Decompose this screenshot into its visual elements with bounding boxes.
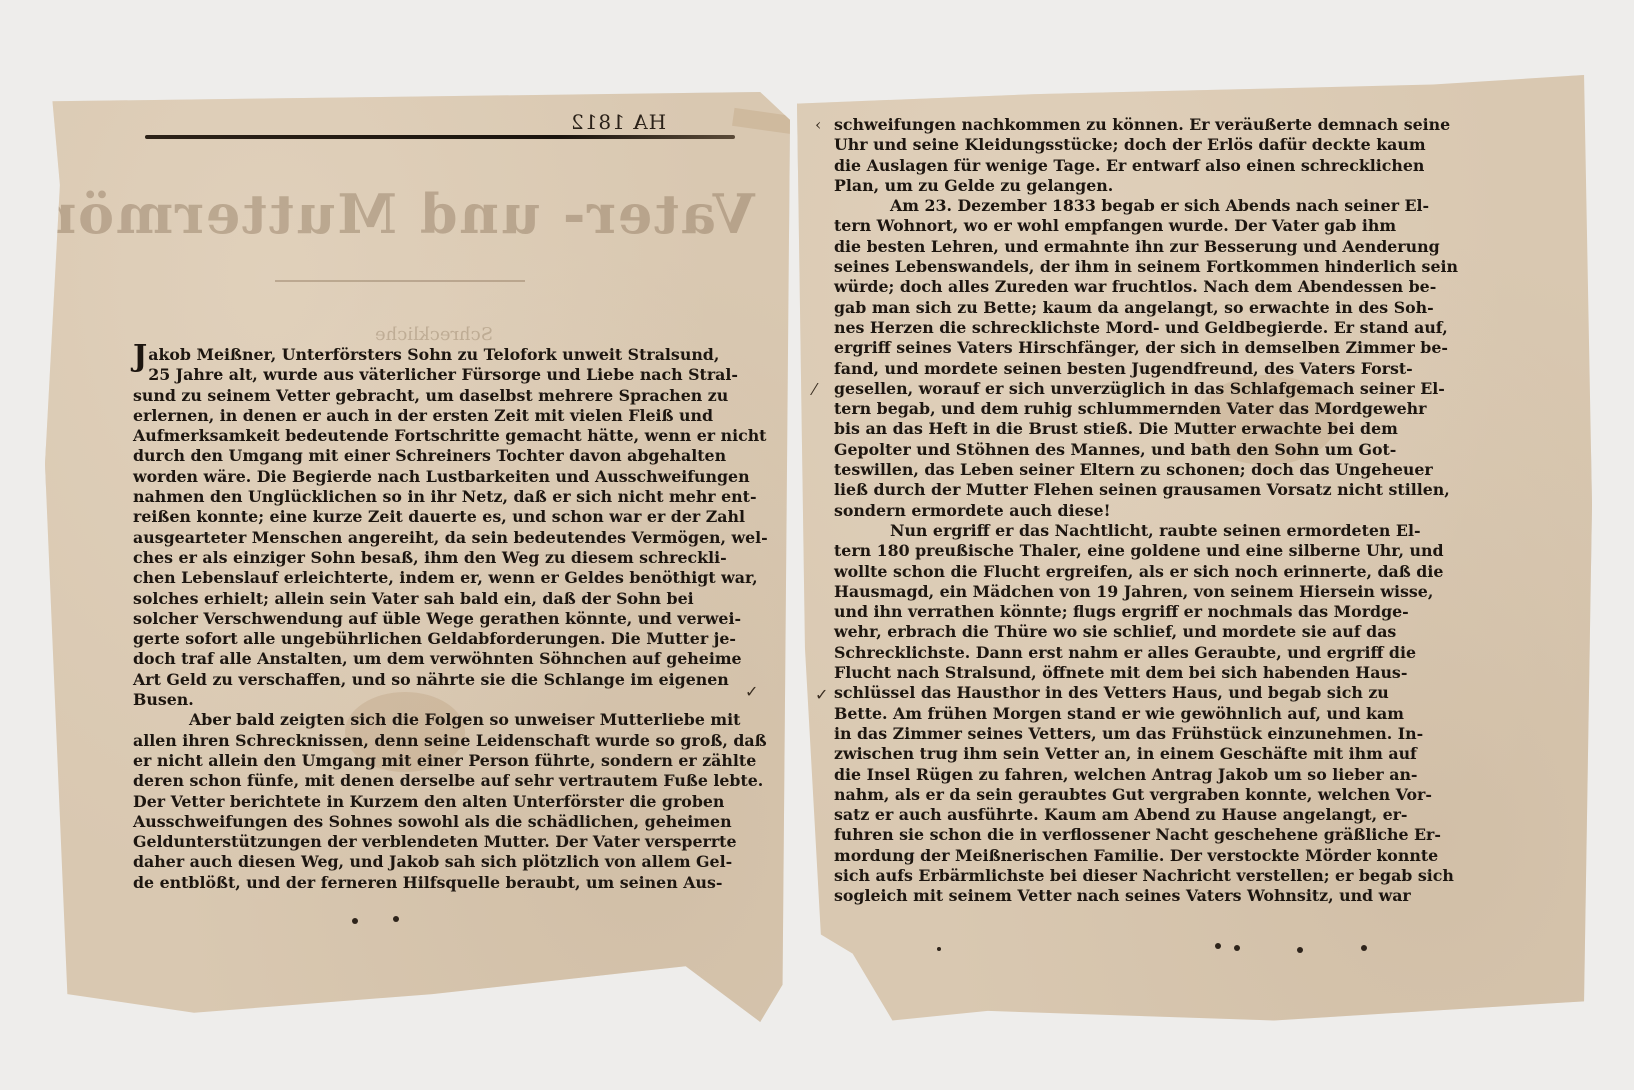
bleed-through-subtitle: Schreckliche: [375, 324, 493, 345]
right-page-text-line: die besten Lehren, und ermahnte ihn zur …: [834, 237, 1444, 257]
ink-dot: [1234, 945, 1240, 951]
right-page-text-line: Plan, um zu Gelde zu gelangen.: [834, 176, 1444, 196]
right-page-text-line: Am 23. Dezember 1833 begab er sich Abend…: [834, 196, 1444, 216]
right-page-text-line: Gepolter und Stöhnen des Mannes, und bat…: [834, 440, 1444, 460]
left-page-text-line: solches erhielt; allein sein Vater sah b…: [133, 589, 733, 609]
ink-dot: [1215, 943, 1221, 949]
margin-mark: ✓: [815, 685, 828, 704]
right-page-text-line: nes Herzen die schrecklichste Mord- und …: [834, 318, 1444, 338]
left-page-text-line: Aufmerksamkeit bedeutende Fortschritte g…: [133, 426, 733, 446]
left-page-text-line: nahmen den Unglücklichen so in ihr Netz,…: [133, 487, 733, 507]
bleed-through-rule: [275, 280, 525, 282]
left-page-text-line: erlernen, in denen er auch in der ersten…: [133, 406, 733, 426]
torn-corner: [732, 108, 794, 134]
left-page-text-line: Ausschweifungen des Sohnes sowohl als di…: [133, 812, 733, 832]
right-page-text-line: wehr, erbrach die Thüre wo sie schlief, …: [834, 622, 1444, 642]
left-page-text-line: Geldunterstützungen der verblendeten Mut…: [133, 832, 733, 852]
left-page-text-line: allen ihren Schrecknissen, denn seine Le…: [133, 731, 733, 751]
left-page-text-line: Busen.: [133, 690, 733, 710]
right-page-text-line: bis an das Heft in die Brust stieß. Die …: [834, 419, 1444, 439]
right-page-text-line: wollte schon die Flucht ergreifen, als e…: [834, 562, 1444, 582]
left-page-text: J akob Meißner, Unterförsters Sohn zu Te…: [133, 345, 733, 893]
margin-mark: ⁄: [813, 380, 816, 399]
right-page-text-line: ergriff seines Vaters Hirschfänger, der …: [834, 338, 1444, 358]
right-page-text-line: tern 180 preußische Thaler, eine goldene…: [834, 541, 1444, 561]
right-page-text-line: tern begab, und dem ruhig schlummernden …: [834, 399, 1444, 419]
shelfmark-mirrored: HA 1812: [570, 110, 666, 134]
drop-cap: J: [133, 347, 147, 367]
right-page-text-line: fand, und mordete seinen besten Jugendfr…: [834, 359, 1444, 379]
left-page-text-line: er nicht allein den Umgang mit einer Per…: [133, 751, 733, 771]
ink-dot: [1361, 945, 1367, 951]
right-page-text-line: Flucht nach Stralsund, öffnete mit dem b…: [834, 663, 1444, 683]
right-page-text: schweifungen nachkommen zu können. Er ve…: [834, 115, 1444, 907]
ink-dot: [352, 918, 358, 924]
right-page-text-line: Hausmagd, ein Mädchen von 19 Jahren, von…: [834, 582, 1444, 602]
left-page-text-line: chen Lebenslauf erleichterte, indem er, …: [133, 568, 733, 588]
right-page-text-line: und ihn verrathen könnte; flugs ergriff …: [834, 602, 1444, 622]
right-page-text-line: sondern ermordete auch diese!: [834, 501, 1444, 521]
left-page-text-line: de entblößt, und der ferneren Hilfsquell…: [133, 873, 733, 893]
left-page-text-line: gerte sofort alle ungebührlichen Geldabf…: [133, 629, 733, 649]
right-page-text-line: Uhr und seine Kleidungsstücke; doch der …: [834, 135, 1444, 155]
left-page-text-line: Aber bald zeigten sich die Folgen so unw…: [133, 710, 733, 730]
margin-mark: ‹: [815, 115, 821, 134]
right-page-text-line: die Auslagen für wenige Tage. Er entwarf…: [834, 156, 1444, 176]
left-page-text-line: 25 Jahre alt, wurde aus väterlicher Fürs…: [133, 365, 733, 385]
right-page-text-line: tern Wohnort, wo er wohl empfangen wurde…: [834, 216, 1444, 236]
right-page-text-line: ließ durch der Mutter Flehen seinen grau…: [834, 480, 1444, 500]
right-page-text-line: sogleich mit seinem Vetter nach seines V…: [834, 886, 1444, 906]
left-page-text-line: ches er als einziger Sohn besaß, ihm den…: [133, 548, 733, 568]
right-page-text-line: Nun ergriff er das Nachtlicht, raubte se…: [834, 521, 1444, 541]
header-rule: [145, 135, 735, 139]
right-page-text-line: Bette. Am frühen Morgen stand er wie gew…: [834, 704, 1444, 724]
right-page-text-line: mordung der Meißnerischen Familie. Der v…: [834, 846, 1444, 866]
bleed-through-title: Vater- und Muttermörder.: [135, 182, 755, 246]
left-page-text-line: worden wäre. Die Begierde nach Lustbarke…: [133, 467, 733, 487]
left-page-text-line: ausgearteter Menschen angereiht, da sein…: [133, 528, 733, 548]
left-page-text-line: daher auch diesen Weg, und Jakob sah sic…: [133, 852, 733, 872]
right-page-text-line: in das Zimmer seines Vetters, um das Frü…: [834, 724, 1444, 744]
right-page-text-line: würde; doch alles Zureden war fruchtlos.…: [834, 277, 1444, 297]
left-page: HA 1812 Vater- und Muttermörder. Schreck…: [45, 92, 790, 1022]
left-page-text-line: durch den Umgang mit einer Schreiners To…: [133, 446, 733, 466]
right-page-text-line: schlüssel das Hausthor in des Vetters Ha…: [834, 683, 1444, 703]
ink-dot: [937, 947, 941, 951]
right-page-text-line: seines Lebenswandels, der ihm in seinem …: [834, 257, 1444, 277]
right-page-text-line: gab man sich zu Bette; kaum da angelangt…: [834, 298, 1444, 318]
right-page-text-line: die Insel Rügen zu fahren, welchen Antra…: [834, 765, 1444, 785]
right-page-text-line: satz er auch ausführte. Kaum am Abend zu…: [834, 805, 1444, 825]
right-page-text-line: nahm, als er da sein geraubtes Gut vergr…: [834, 785, 1444, 805]
right-page-text-line: zwischen trug ihm sein Vetter an, in ein…: [834, 744, 1444, 764]
left-page-text-line: Art Geld zu verschaffen, und so nährte s…: [133, 670, 733, 690]
right-page-text-line: Schrecklichste. Dann erst nahm er alles …: [834, 643, 1444, 663]
right-page-text-line: fuhren sie schon die in verflossener Nac…: [834, 825, 1444, 845]
right-page-text-line: sich aufs Erbärmlichste bei dieser Nachr…: [834, 866, 1444, 886]
ink-dot: [1297, 947, 1303, 953]
left-page-text-line: sund zu seinem Vetter gebracht, um dasel…: [133, 386, 733, 406]
right-page-text-line: gesellen, worauf er sich unverzüglich in…: [834, 379, 1444, 399]
left-page-text-line: solcher Verschwendung auf üble Wege gera…: [133, 609, 733, 629]
left-page-text-line: akob Meißner, Unterförsters Sohn zu Telo…: [133, 345, 733, 365]
left-page-text-line: reißen konnte; eine kurze Zeit dauerte e…: [133, 507, 733, 527]
ink-dot: [393, 916, 399, 922]
right-page: ‹ ⁄ ✓ schweifungen nachkommen zu können.…: [797, 75, 1592, 1030]
margin-mark: ✓: [745, 682, 758, 701]
left-page-text-line: Der Vetter berichtete in Kurzem den alte…: [133, 792, 733, 812]
right-page-text-line: teswillen, das Leben seiner Eltern zu sc…: [834, 460, 1444, 480]
left-page-text-line: doch traf alle Anstalten, um dem verwöhn…: [133, 649, 733, 669]
right-page-text-line: schweifungen nachkommen zu können. Er ve…: [834, 115, 1444, 135]
left-page-text-line: deren schon fünfe, mit denen derselbe au…: [133, 771, 733, 791]
